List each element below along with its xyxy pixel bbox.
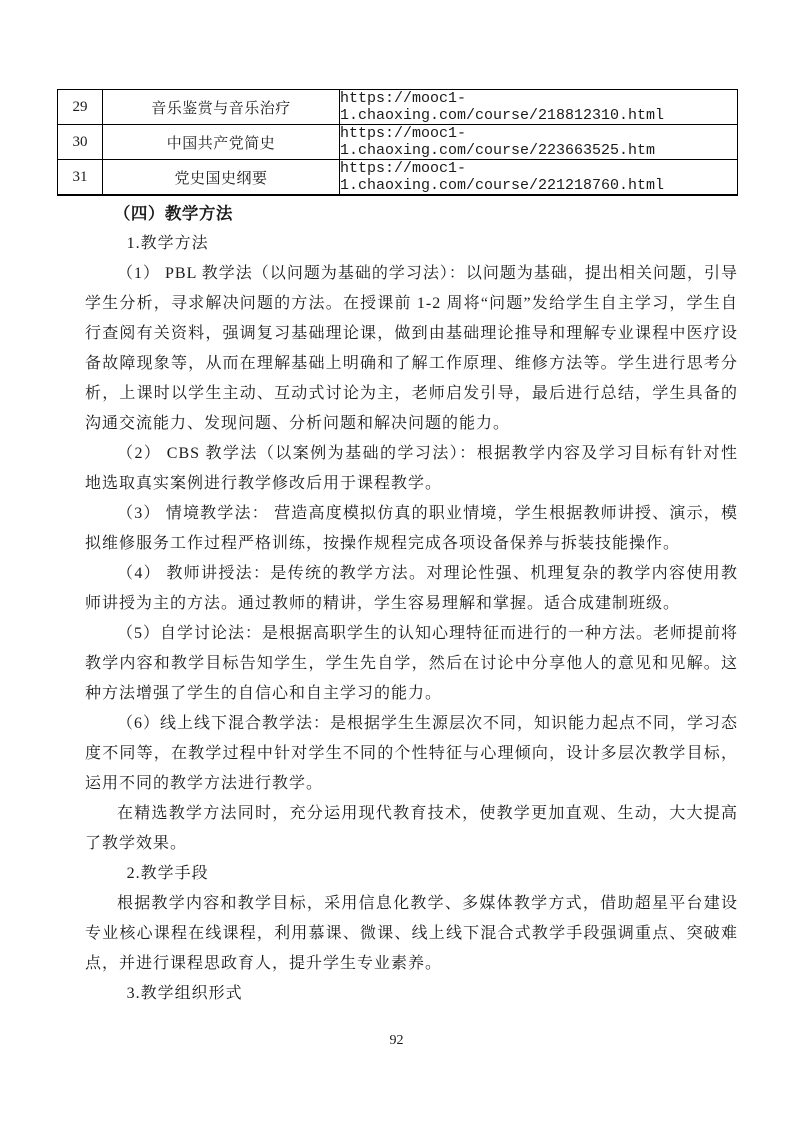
- list-item-teaching-organization: 3.教学组织形式: [85, 979, 738, 1009]
- paragraph-modern-technology: 在精选教学方法同时，充分运用现代教育技术，使教学更加直观、生动，大大提高了教学效…: [85, 799, 738, 859]
- paragraph-blended-method: （6）线上线下混合教学法：是根据学生生源层次不同，知识能力起点不同，学习态度不同…: [85, 709, 738, 799]
- table-row: 30 中国共产党简史 https://mooc1-1.chaoxing.com/…: [58, 125, 738, 160]
- page-content: 29 音乐鉴赏与音乐治疗 https://mooc1-1.chaoxing.co…: [57, 89, 738, 1009]
- table-row: 29 音乐鉴赏与音乐治疗 https://mooc1-1.chaoxing.co…: [58, 90, 738, 125]
- list-item-teaching-methods: 1.教学方法: [85, 229, 738, 259]
- section-teaching-methods: （四）教学方法 1.教学方法 （1） PBL 教学法（以问题为基础的学习法）：以…: [85, 199, 738, 1009]
- section-heading: （四）教学方法: [85, 199, 738, 229]
- course-name-cell: 党史国史纲要: [103, 160, 340, 196]
- paragraph-self-study-method: （5）自学讨论法：是根据高职学生的认知心理特征而进行的一种方法。老师提前将教学内…: [85, 619, 738, 709]
- course-url-cell: https://mooc1-1.chaoxing.com/course/2212…: [340, 160, 738, 196]
- course-table: 29 音乐鉴赏与音乐治疗 https://mooc1-1.chaoxing.co…: [57, 89, 738, 196]
- paragraph-teaching-means-detail: 根据教学内容和教学目标，采用信息化教学、多媒体教学方式，借助超星平台建设专业核心…: [85, 889, 738, 979]
- course-number-cell: 30: [58, 125, 103, 160]
- list-item-teaching-means: 2.教学手段: [85, 859, 738, 889]
- page-number: 92: [0, 1033, 793, 1049]
- paragraph-pbl-method: （1） PBL 教学法（以问题为基础的学习法）：以问题为基础，提出相关问题，引导…: [85, 259, 738, 439]
- course-name-cell: 音乐鉴赏与音乐治疗: [103, 90, 340, 125]
- paragraph-cbs-method: （2） CBS 教学法（以案例为基础的学习法）：根据教学内容及学习目标有针对性地…: [85, 439, 738, 499]
- course-number-cell: 31: [58, 160, 103, 196]
- table-row: 31 党史国史纲要 https://mooc1-1.chaoxing.com/c…: [58, 160, 738, 196]
- course-url-cell: https://mooc1-1.chaoxing.com/course/2236…: [340, 125, 738, 160]
- paragraph-situational-method: （3） 情境教学法： 营造高度模拟仿真的职业情境，学生根据教师讲授、演示，模拟维…: [85, 499, 738, 559]
- course-number-cell: 29: [58, 90, 103, 125]
- document-page: 29 音乐鉴赏与音乐治疗 https://mooc1-1.chaoxing.co…: [0, 0, 793, 1122]
- course-name-cell: 中国共产党简史: [103, 125, 340, 160]
- course-url-cell: https://mooc1-1.chaoxing.com/course/2188…: [340, 90, 738, 125]
- paragraph-lecture-method: （4） 教师讲授法：是传统的教学方法。对理论性强、机理复杂的教学内容使用教师讲授…: [85, 559, 738, 619]
